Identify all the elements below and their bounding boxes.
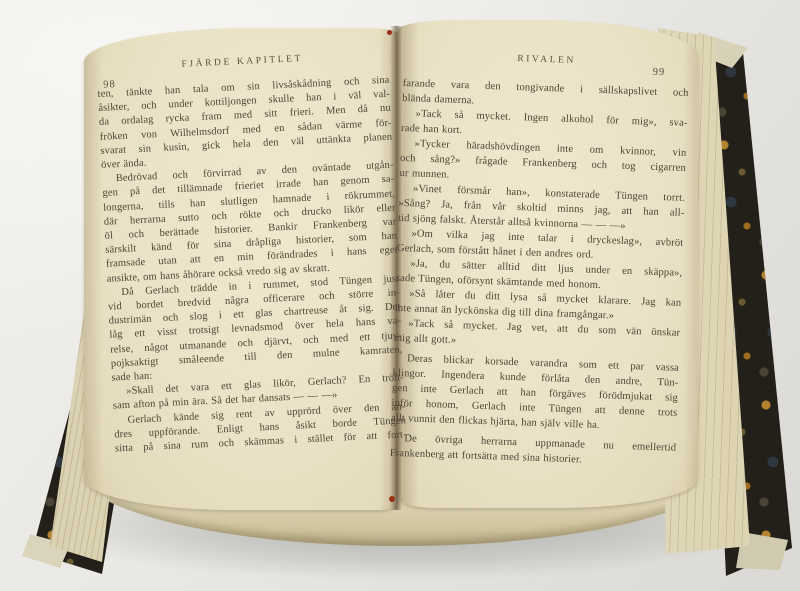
photo-open-book: 98 FJÄRDE KAPITLET ten, tänkte han tala … <box>0 0 800 591</box>
page-number-left: 98 <box>103 79 116 91</box>
right-page-body: farande vara den tongivande i sällskapsl… <box>390 76 689 471</box>
left-page-text: 98 FJÄRDE KAPITLET ten, tänkte han tala … <box>96 46 407 457</box>
gutter-red-speck-top <box>387 30 392 35</box>
page-number-right: 99 <box>653 67 666 78</box>
gutter-red-speck-bottom <box>389 496 395 502</box>
left-page-body: ten, tänkte han tala om sin livsåskådnin… <box>97 74 407 457</box>
right-page-text: RIVALEN 99 farande vara den tongivande i… <box>390 46 690 471</box>
